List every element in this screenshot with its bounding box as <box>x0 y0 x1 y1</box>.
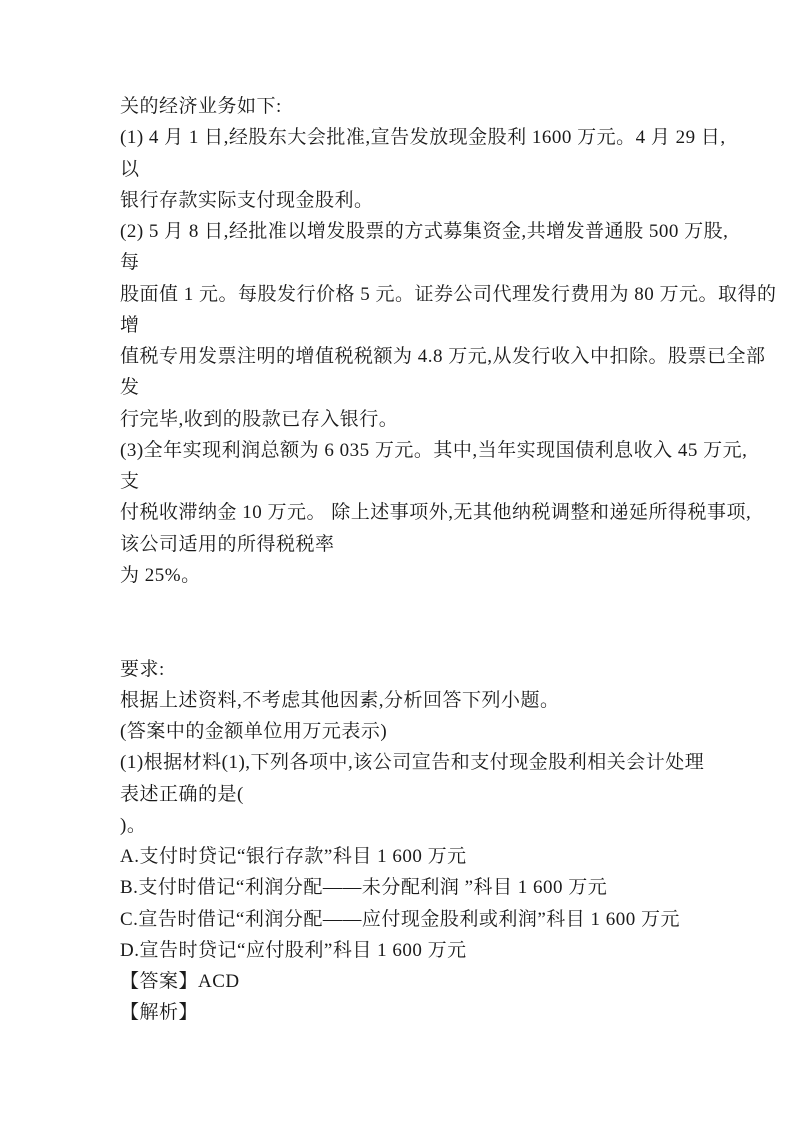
requirement-heading: 要求: <box>120 654 698 685</box>
material-1-line-1: (1) 4 月 1 日,经股东大会批准,宣告发放现金股利 1600 万元。4 月… <box>120 122 698 153</box>
blank-line <box>120 591 698 622</box>
material-2-line-5: 值税专用发票注明的增值税税额为 4.8 万元,从发行收入中扣除。股票已全部 <box>120 341 698 372</box>
material-2-line-6: 发 <box>120 372 698 403</box>
option-c: C.宣告时借记“利润分配——应付现金股利或利润”科目 1 600 万元 <box>120 904 698 935</box>
question-1-stem-line-2: 表述正确的是( <box>120 779 698 810</box>
analysis-heading: 【解析】 <box>120 997 698 1028</box>
material-3-line-4: 该公司适用的所得税税率 <box>120 529 698 560</box>
option-d: D.宣告时贷记“应付股利”科目 1 600 万元 <box>120 935 698 966</box>
document-page: 关的经济业务如下: (1) 4 月 1 日,经股东大会批准,宣告发放现金股利 1… <box>0 0 793 1121</box>
intro-line: 关的经济业务如下: <box>120 91 698 122</box>
answer-line: 【答案】ACD <box>120 966 698 997</box>
option-a: A.支付时贷记“银行存款”科目 1 600 万元 <box>120 841 698 872</box>
material-1-line-3: 银行存款实际支付现金股利。 <box>120 185 698 216</box>
material-3-line-3: 付税收滞纳金 10 万元。 除上述事项外,无其他纳税调整和递延所得税事项, <box>120 497 698 528</box>
question-1-stem-line-1: (1)根据材料(1),下列各项中,该公司宣告和支付现金股利相关会计处理 <box>120 747 698 778</box>
material-2-line-3: 股面值 1 元。每股发行价格 5 元。证券公司代理发行费用为 80 万元。取得的 <box>120 279 698 310</box>
option-b: B.支付时借记“利润分配——未分配利润 ”科目 1 600 万元 <box>120 872 698 903</box>
material-2-line-1: (2) 5 月 8 日,经批准以增发股票的方式募集资金,共增发普通股 500 万… <box>120 216 698 247</box>
requirement-line: 根据上述资料,不考虑其他因素,分析回答下列小题。 <box>120 685 698 716</box>
material-3-line-5: 为 25%。 <box>120 560 698 591</box>
material-3-line-2: 支 <box>120 466 698 497</box>
material-1-line-2: 以 <box>120 154 698 185</box>
unit-note-line: (答案中的金额单位用万元表示) <box>120 716 698 747</box>
exam-question-text: 关的经济业务如下: (1) 4 月 1 日,经股东大会批准,宣告发放现金股利 1… <box>120 91 698 1029</box>
blank-line <box>120 622 698 653</box>
material-2-line-2: 每 <box>120 247 698 278</box>
material-3-line-1: (3)全年实现利润总额为 6 035 万元。其中,当年实现国债利息收入 45 万… <box>120 435 698 466</box>
material-2-line-4: 增 <box>120 310 698 341</box>
material-2-line-7: 行完毕,收到的股款已存入银行。 <box>120 404 698 435</box>
question-1-stem-line-3: )。 <box>120 810 698 841</box>
